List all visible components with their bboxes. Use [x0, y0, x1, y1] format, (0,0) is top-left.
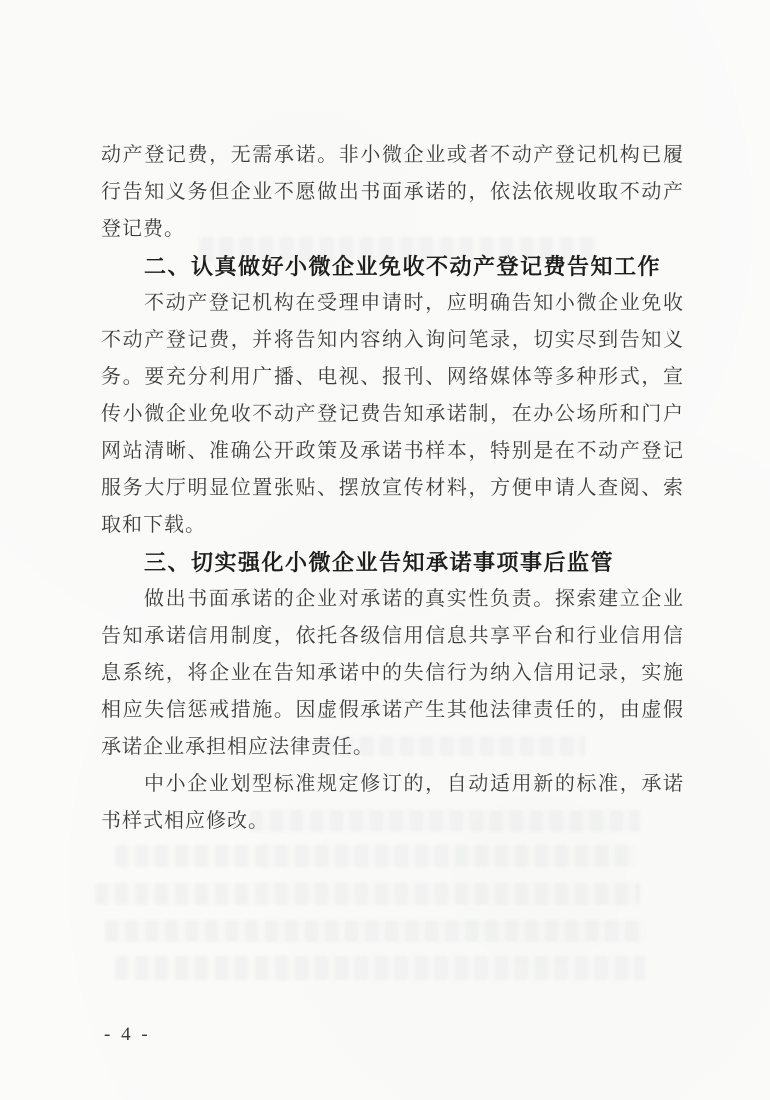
page-number: - 4 - [104, 1022, 151, 1048]
bleed-through-artifact [105, 920, 645, 942]
text-line: 取和下载。 [101, 507, 684, 544]
text-line: 不动产登记机构在受理申请时，应明确告知小微企业免收 [101, 285, 684, 322]
document-page: 动产登记费，无需承诺。非小微企业或者不动产登记机构已履 行告知义务但企业不愿做出… [0, 0, 770, 1100]
bleed-through-artifact [115, 845, 635, 867]
text-line: 不动产登记费，并将告知内容纳入询问笔录，切实尽到告知义 [101, 322, 684, 359]
text-line: 务。要充分利用广播、电视、报刊、网络媒体等多种形式，宣 [101, 359, 684, 396]
text-line: 动产登记费，无需承诺。非小微企业或者不动产登记机构已履 [101, 137, 684, 174]
bleed-through-artifact [200, 237, 600, 261]
text-line: 网站清晰、准确公开政策及承诺书样本，特别是在不动产登记 [101, 433, 684, 470]
section-heading-3: 三、切实强化小微企业告知承诺事项事后监管 [101, 544, 684, 581]
text-line: 相应失信惩戒措施。因虚假承诺产生其他法律责任的，由虚假 [101, 692, 684, 729]
text-line: 中小企业划型标准规定修订的，自动适用新的标准，承诺 [101, 766, 684, 803]
text-line: 息系统，将企业在告知承诺中的失信行为纳入信用记录，实施 [101, 655, 684, 692]
bleed-through-artifact [115, 956, 645, 980]
bleed-through-artifact [95, 883, 640, 905]
bleed-through-artifact [320, 736, 585, 756]
text-line: 传小微企业免收不动产登记费告知承诺制，在办公场所和门户 [101, 396, 684, 433]
text-line: 告知承诺信用制度，依托各级信用信息共享平台和行业信用信 [101, 618, 684, 655]
text-line: 服务大厅明显位置张贴、摆放宣传材料，方便申请人查阅、索 [101, 470, 684, 507]
text-line: 行告知义务但企业不愿做出书面承诺的，依法依规收取不动产 [101, 174, 684, 211]
bleed-through-artifact [250, 810, 640, 832]
text-line: 做出书面承诺的企业对承诺的真实性负责。探索建立企业 [101, 581, 684, 618]
